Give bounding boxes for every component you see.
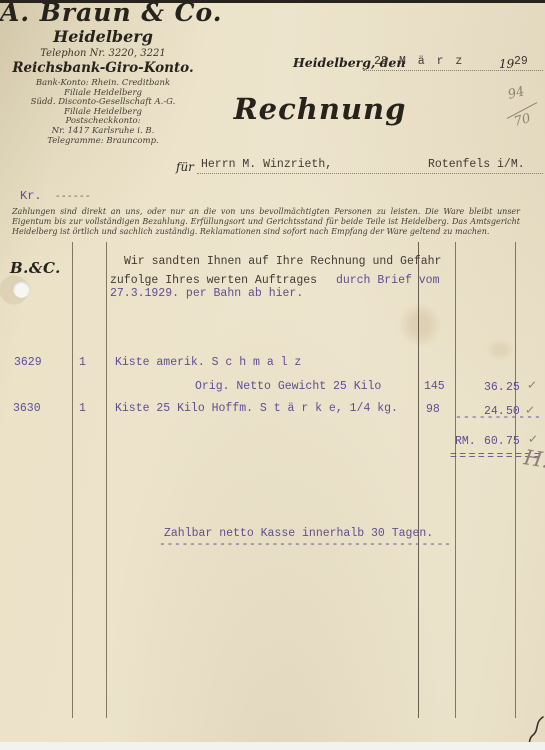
item-description: Kiste 25 Kilo Hoffm. S t ä r k e, 1/4 kg… [115,402,398,415]
table-rule [455,242,456,718]
item-amount-mark: 36. [484,381,505,394]
recipient-name: Herrn M. Winzrieth, [201,158,332,171]
checkmark: ✓ [527,378,538,393]
total-pfennig: 75 [506,435,520,448]
date-day: 28. [374,55,395,68]
recipient-place: Rotenfels i/M. [428,158,525,171]
pencil-fraction-numerator: 94 [506,84,526,103]
table-rule [72,242,73,718]
bank-line: Telegramme: Brauncomp. [0,137,206,147]
pencil-fraction-denominator: 70 [512,111,532,130]
telephone-line: Telephon Nr. 3220, 3221 [0,48,206,59]
date-underline [363,69,543,71]
item-amount-pfennig: 25 [506,381,520,394]
intro-line-3: 27.3.1929. per Bahn ab hier. [110,287,303,300]
item-description-2: Orig. Netto Gewicht 25 Kilo [195,380,381,393]
giro-konto-title: Reichsbank-Giro-Konto. [0,61,206,75]
table-rule [106,242,107,718]
item-number: 3630 [13,402,41,415]
item-qty: 1 [79,402,86,415]
invoice-page: A. Braun & Co. Heidelberg Telephon Nr. 3… [0,0,545,750]
checkmark: ✓ [528,432,539,447]
year-typed: 29 [514,55,528,68]
item-unit-price: 98 [426,403,440,416]
terms-text: Zahlungen sind direkt an uns, oder nur a… [12,207,520,237]
item-unit-price: 145 [424,380,445,393]
kr-label: Kr. [20,189,42,203]
total-mark: 60. [484,435,505,448]
item-qty: 1 [79,356,86,369]
scan-edge [0,742,545,750]
intro-line-1: Wir sandten Ihnen auf Ihre Rechnung und … [124,255,441,268]
table-rule [418,242,419,718]
total-currency: RM. [455,435,476,448]
document-title: Rechnung [230,92,410,126]
divider-thick [0,0,545,3]
letterhead: A. Braun & Co. Heidelberg Telephon Nr. 3… [0,0,206,146]
kr-dashes: ------ [55,192,91,203]
intro-line-2: zufolge Ihres werten Auftrages durch Bri… [110,274,439,287]
pencil-initial: H. [522,445,545,473]
recipient-underline [197,172,543,174]
bank-details: Bank-Konto: Rhein. Creditbank Filiale He… [0,79,206,146]
intro-line-2-black: zufolge Ihres werten Auftrages [110,274,317,287]
company-name: A. Braun & Co. [0,0,206,26]
date-month: M ä r z [399,55,465,68]
item-description: Kiste amerik. S c h m a l z [115,356,301,369]
company-city: Heidelberg [0,28,206,45]
company-stamp: B.&C. [10,259,61,277]
kr-reference-line: Kr. ------ [20,184,91,203]
payment-terms-underline: --------------------------------------- [159,538,452,551]
total-separator-dashes: ----------- [455,411,542,424]
table-rule [515,242,516,718]
hole-punch [13,281,30,298]
item-number: 3629 [14,356,42,369]
for-label: für [176,160,194,174]
intro-line-2-purple: durch Brief vom [336,274,440,287]
